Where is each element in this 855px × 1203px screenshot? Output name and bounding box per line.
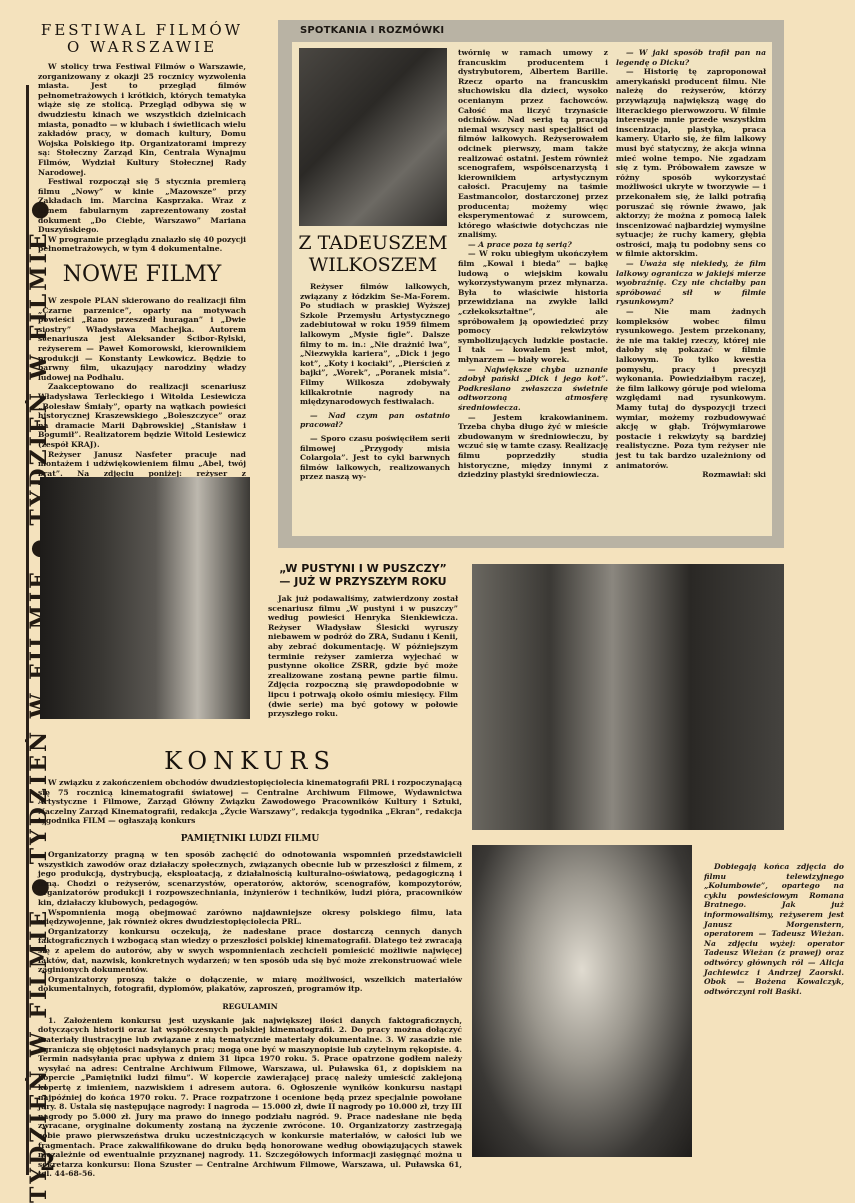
photo-bozena-kowalczyk [472, 845, 692, 1157]
konkurs-body: Organizatorzy pragną w ten sposób zachęc… [38, 850, 462, 994]
article-festiwal: FESTIWAL FILMÓW O WARSZAWIE W stolicy tr… [38, 22, 246, 254]
page-number: 2 [40, 1150, 55, 1176]
kolumbowie-caption: Dobiegają końca zdjęcia do filmu telewiz… [704, 862, 844, 996]
interview-signature: Rozmawiał: ski [616, 470, 766, 480]
side-banner: TYDZIEŃ W FILMIE ● TYDZIEŃ W FILMIE ● TY… [0, 0, 26, 1203]
interview-col-1: Reżyser filmów lalkowych, związany z łód… [300, 282, 450, 482]
interview-title-1: Z TADEUSZEM [296, 232, 450, 254]
section-label: SPOTKANIA I ROZMÓWKI [300, 25, 444, 36]
konkurs-paragraph: Organizatorzy proszą także o dołączenie,… [38, 975, 462, 994]
pustyni-paragraph: Jak już podawaliśmy, zatwierdzony został… [268, 594, 458, 719]
interview-answer: — W roku ubiegłym ukończyłem film „Kowal… [458, 249, 608, 364]
festiwal-title-1: FESTIWAL FILMÓW [38, 22, 246, 39]
regulamin-body: 1. Założeniem konkursu jest uzyskanie ja… [38, 1016, 462, 1179]
side-divider [26, 85, 29, 1175]
pustyni-title-2: — JUŻ W PRZYSZŁYM ROKU [268, 575, 458, 588]
interview-question: — Największe chyba uznanie zdobył pański… [458, 365, 608, 413]
regulamin-text: 1. Założeniem konkursu jest uzyskanie ja… [38, 1016, 462, 1179]
interview-question: — W jaki sposób trafił pan na legendę o … [616, 48, 766, 67]
festiwal-title-2: O WARSZAWIE [38, 39, 246, 56]
interview-title-2: WILKOSZEM [296, 254, 450, 276]
nowe-filmy-paragraph: W zespole PLAN skierowano do realizacji … [38, 296, 246, 382]
konkurs-intro: W związku z zakończeniem obchodów dwudzi… [38, 778, 462, 826]
interview-question: — Nad czym pan ostatnio pracował? [300, 411, 450, 430]
nowe-filmy-body: W zespole PLAN skierowano do realizacji … [38, 296, 246, 488]
interview-question: — Uważa się niekiedy, że film lalkowy og… [616, 259, 766, 307]
article-konkurs: KONKURS W związku z zakończeniem obchodó… [38, 748, 462, 1179]
interview-col-3: — W jaki sposób trafił pan na legendę o … [616, 48, 766, 480]
photo-director-with-young-actors [40, 477, 250, 719]
interview-answer: — Jestem krakowianinem. Trzeba chyba dłu… [458, 413, 608, 480]
konkurs-intro-text: W związku z zakończeniem obchodów dwudzi… [38, 778, 462, 826]
interview-answer: — Sporo czasu poświęciłem serii filmowej… [300, 434, 450, 482]
interview-question: — A prace poza tą serią? [458, 240, 608, 250]
konkurs-paragraph: Organizatorzy pragną w ten sposób zachęc… [38, 850, 462, 908]
interview-col-2: twórnię w ramach umowy z francuskim prod… [458, 48, 608, 480]
regulamin-title: REGULAMIN [38, 1002, 462, 1011]
caption-text: Dobiegają końca zdjęcia do filmu telewiz… [704, 862, 844, 996]
konkurs-subtitle: PAMIĘTNIKI LUDZI FILMU [38, 834, 462, 844]
article-w-pustyni: „W PUSTYNI I W PUSZCZY” — JUŻ W PRZYSZŁY… [268, 562, 458, 719]
konkurs-title: KONKURS [38, 748, 462, 774]
pustyni-body: Jak już podawaliśmy, zatwierdzony został… [268, 594, 458, 719]
photo-kolumbowie-set [472, 564, 784, 830]
nowe-filmy-paragraph: Zaakceptowano do realizacji scenariusz W… [38, 382, 246, 449]
pustyni-title-1: „W PUSTYNI I W PUSZCZY” [268, 562, 458, 575]
interview-answer: — Historię tę zaproponował amerykański p… [616, 67, 766, 259]
interview-answer: — Nie mam żadnych kompleksów wobec filmu… [616, 307, 766, 470]
festiwal-body: W stolicy trwa Festiwal Filmów o Warszaw… [38, 62, 246, 254]
article-nowe-filmy: NOWE FILMY W zespole PLAN skierowano do … [38, 262, 246, 488]
konkurs-paragraph: Wspomnienia mogą obejmować zarówno najda… [38, 908, 462, 927]
festiwal-paragraph: W programie przeglądu znalazło się 40 po… [38, 235, 246, 254]
photo-tadeusz-wilkosz [299, 48, 447, 226]
interview-answer: twórnię w ramach umowy z francuskim prod… [458, 48, 608, 240]
festiwal-paragraph: W stolicy trwa Festiwal Filmów o Warszaw… [38, 62, 246, 177]
spotkania-inner: Z TADEUSZEM WILKOSZEM Reżyser filmów lal… [292, 42, 772, 536]
festiwal-paragraph: Festiwal rozpoczął się 5 stycznia premie… [38, 177, 246, 235]
nowe-filmy-title: NOWE FILMY [38, 262, 246, 288]
spotkania-box: SPOTKANIA I ROZMÓWKI Z TADEUSZEM WILKOSZ… [278, 20, 784, 548]
interview-paragraph: Reżyser filmów lalkowych, związany z łód… [300, 282, 450, 407]
konkurs-paragraph: Organizatorzy konkursu oczekują, że nade… [38, 927, 462, 975]
